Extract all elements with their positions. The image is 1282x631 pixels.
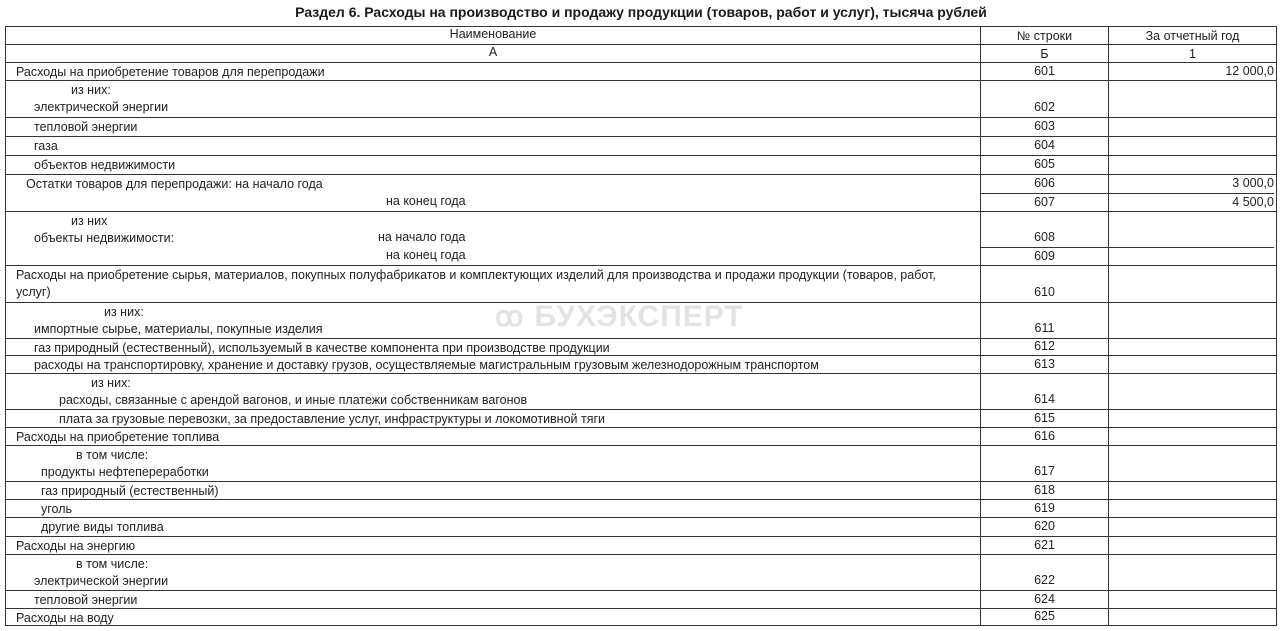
table-row: из них:электрической энергии602 (5, 80, 1277, 117)
line-code: 612 (981, 338, 1108, 355)
value-cell[interactable] (1109, 428, 1274, 445)
line-code: 607 (981, 193, 1108, 211)
row-value[interactable] (1108, 339, 1276, 355)
table-row: объектов недвижимости605 (5, 155, 1277, 174)
row-name: расходы на транспортировку, хранение и д… (6, 356, 980, 373)
line-code: 601 (981, 63, 1108, 80)
line-code: 606 (981, 175, 1108, 193)
row-value[interactable]: 12 000,0 (1108, 63, 1276, 80)
row-value[interactable] (1108, 500, 1276, 517)
section-title: Раздел 6. Расходы на производство и прод… (0, 4, 1282, 20)
value-cell[interactable]: 3 000,0 (1109, 175, 1274, 193)
row-name: в том числе:продукты нефтепереработки (6, 446, 980, 481)
value-cell[interactable] (1109, 356, 1274, 373)
value-cell[interactable] (1109, 518, 1274, 536)
table-row: из нихобъекты недвижимости:на начало год… (5, 211, 1277, 265)
row-value[interactable] (1108, 81, 1276, 117)
value-cell[interactable] (1109, 609, 1274, 625)
table-row: Расходы на воду625 (5, 608, 1277, 626)
line-code: 624 (981, 591, 1108, 608)
table-row: Расходы на приобретение товаров для пере… (5, 62, 1277, 80)
row-name: газ природный (естественный), используем… (6, 339, 980, 355)
row-code: 602 (980, 81, 1108, 117)
row-label: тепловой энергии (16, 119, 980, 136)
row-code: 613 (980, 356, 1108, 373)
row-label: Расходы на приобретение сырья, материало… (16, 267, 980, 301)
header-code: № строки (980, 27, 1108, 44)
line-code: 608 (981, 229, 1108, 247)
row-value[interactable] (1108, 537, 1276, 554)
header-name: Наименование (6, 27, 980, 44)
line-code: 622 (981, 572, 1108, 590)
row-code: 604 (980, 137, 1108, 155)
line-code: 621 (981, 537, 1108, 554)
row-label: объекты недвижимости: (16, 230, 980, 247)
table-row: тепловой энергии603 (5, 117, 1277, 136)
row-value[interactable] (1108, 266, 1276, 302)
table-row: газ природный (естественный)618 (5, 481, 1277, 499)
value-cell[interactable] (1109, 410, 1274, 427)
row-code: 620 (980, 518, 1108, 536)
row-value[interactable] (1108, 212, 1276, 265)
table-row: Остатки товаров для перепродажи: на нача… (5, 174, 1277, 211)
row-label: тепловой энергии (16, 592, 980, 609)
row-label: уголь (16, 501, 980, 518)
row-name: другие виды топлива (6, 518, 980, 536)
row-code: 616 (980, 428, 1108, 445)
value-cell[interactable] (1109, 537, 1274, 554)
value-cell[interactable] (1109, 320, 1274, 338)
line-code: 619 (981, 500, 1108, 517)
row-name: Расходы на приобретение товаров для пере… (6, 63, 980, 80)
value-cell[interactable] (1109, 156, 1274, 174)
line-code: 617 (981, 463, 1108, 481)
row-code: 605 (980, 156, 1108, 174)
line-code: 602 (981, 99, 1108, 117)
row-value[interactable] (1108, 609, 1276, 625)
value-cell[interactable] (1109, 391, 1274, 409)
row-value[interactable] (1108, 374, 1276, 409)
line-code: 615 (981, 410, 1108, 427)
line-code: 603 (981, 118, 1108, 136)
row-name: уголь (6, 500, 980, 517)
row-label: в том числе: (16, 447, 980, 464)
row-name: плата за грузовые перевозки, за предоста… (6, 410, 980, 427)
row-code: 603 (980, 118, 1108, 136)
row-label: другие виды топлива (16, 519, 980, 536)
value-cell[interactable] (1109, 284, 1274, 302)
row-value[interactable] (1108, 410, 1276, 427)
row-name: Расходы на воду (6, 609, 980, 625)
line-code: 625 (981, 608, 1108, 625)
row-code: 619 (980, 500, 1108, 517)
row-value[interactable] (1108, 591, 1276, 608)
row-code: 622 (980, 555, 1108, 590)
row-label: газа (16, 138, 980, 155)
row-value[interactable] (1108, 156, 1276, 174)
row-value[interactable] (1108, 428, 1276, 445)
row-label: расходы на транспортировку, хранение и д… (16, 357, 980, 374)
value-cell[interactable]: 12 000,0 (1109, 63, 1274, 80)
line-code: 616 (981, 428, 1108, 445)
row-label: расходы, связанные с арендой вагонов, и … (16, 392, 980, 409)
row-label: из них: (16, 375, 980, 392)
value-cell[interactable] (1109, 229, 1274, 247)
table-row: газа604 (5, 136, 1277, 155)
table-row: Расходы на приобретение топлива616 (5, 427, 1277, 445)
row-value[interactable] (1108, 303, 1276, 338)
row-value[interactable] (1108, 137, 1276, 155)
row-value[interactable] (1108, 446, 1276, 481)
row-label: плата за грузовые перевозки, за предоста… (16, 411, 980, 428)
row-label: газ природный (естественный) (16, 483, 980, 500)
value-cell[interactable] (1109, 500, 1274, 517)
row-code: 610 (980, 266, 1108, 302)
table-row: в том числе:электрической энергии622 (5, 554, 1277, 590)
table-row: Расходы на приобретение сырья, материало… (5, 265, 1277, 302)
line-code: 609 (981, 247, 1108, 265)
row-value[interactable] (1108, 482, 1276, 499)
row-label: из них: (16, 82, 980, 99)
row-label: Расходы на воду (16, 610, 980, 627)
line-code: 614 (981, 391, 1108, 409)
table-row: уголь619 (5, 499, 1277, 517)
row-code: 618 (980, 482, 1108, 499)
subheader-code: Б (980, 45, 1108, 62)
table-header-row: Наименование № строки За отчетный год (5, 26, 1277, 44)
row-label: Расходы на приобретение топлива (16, 429, 980, 446)
row-label: из них (16, 213, 980, 230)
row-label: из них: (16, 304, 980, 321)
table-row: газ природный (естественный), используем… (5, 338, 1277, 355)
line-code: 604 (981, 137, 1108, 155)
table-row: из них:импортные сырье, материалы, покуп… (5, 302, 1277, 338)
header-value: За отчетный год (1108, 27, 1276, 44)
row-code: 615 (980, 410, 1108, 427)
row-label: в том числе: (16, 556, 980, 573)
row-code: 624 (980, 591, 1108, 608)
row-label: на конец года (16, 247, 980, 264)
value-cell[interactable] (1109, 118, 1274, 136)
table-subheader-row: А Б 1 (5, 44, 1277, 62)
row-label: электрической энергии (16, 99, 980, 116)
table-row: Расходы на энергию621 (5, 536, 1277, 554)
row-code: 608609 (980, 212, 1108, 265)
table-row: плата за грузовые перевозки, за предоста… (5, 409, 1277, 427)
row-value[interactable] (1108, 555, 1276, 590)
row-label: продукты нефтепереработки (16, 464, 980, 481)
row-value[interactable] (1108, 518, 1276, 536)
row-label: электрической энергии (16, 573, 980, 590)
value-cell[interactable] (1109, 247, 1274, 265)
row-name: Расходы на приобретение топлива (6, 428, 980, 445)
row-code: 614 (980, 374, 1108, 409)
row-label: импортные сырье, материалы, покупные изд… (16, 321, 980, 338)
row-name: Остатки товаров для перепродажи: на нача… (6, 175, 980, 211)
row-name: газа (6, 137, 980, 155)
table-row: расходы на транспортировку, хранение и д… (5, 355, 1277, 373)
row-label: объектов недвижимости (16, 157, 980, 174)
row-sublabel: на начало года (378, 230, 465, 244)
row-name: из них:расходы, связанные с арендой ваго… (6, 374, 980, 409)
value-cell[interactable] (1109, 482, 1274, 499)
row-name: из нихобъекты недвижимости:на начало год… (6, 212, 980, 265)
table-row: другие виды топлива620 (5, 517, 1277, 536)
line-code: 613 (981, 356, 1108, 373)
row-code: 611 (980, 303, 1108, 338)
row-value[interactable] (1108, 118, 1276, 136)
row-label: на конец года (16, 193, 980, 210)
line-code: 605 (981, 156, 1108, 174)
value-cell[interactable] (1109, 591, 1274, 608)
row-label: Расходы на энергию (16, 538, 980, 555)
line-code: 611 (981, 320, 1108, 338)
row-name: газ природный (естественный) (6, 482, 980, 499)
value-cell[interactable]: 4 500,0 (1109, 193, 1274, 211)
row-code: 601 (980, 63, 1108, 80)
row-value[interactable] (1108, 356, 1276, 373)
table-row: из них:расходы, связанные с арендой ваго… (5, 373, 1277, 409)
value-cell[interactable] (1109, 572, 1274, 590)
row-label: Расходы на приобретение товаров для пере… (16, 64, 980, 81)
row-code: 612 (980, 339, 1108, 355)
row-value[interactable]: 3 000,04 500,0 (1108, 175, 1276, 211)
row-name: из них:электрической энергии (6, 81, 980, 117)
row-label: Остатки товаров для перепродажи: на нача… (16, 176, 980, 193)
value-cell[interactable] (1109, 99, 1274, 117)
row-name: в том числе:электрической энергии (6, 555, 980, 590)
table-row: тепловой энергии624 (5, 590, 1277, 608)
row-code: 625 (980, 609, 1108, 625)
table-row: в том числе:продукты нефтепереработки617 (5, 445, 1277, 481)
value-cell[interactable] (1109, 137, 1274, 155)
value-cell[interactable] (1109, 339, 1274, 355)
row-name: тепловой энергии (6, 591, 980, 608)
value-cell[interactable] (1109, 463, 1274, 481)
line-code: 618 (981, 482, 1108, 499)
table-body: Расходы на приобретение товаров для пере… (5, 62, 1277, 626)
row-name: Расходы на приобретение сырья, материало… (6, 266, 980, 302)
row-code: 617 (980, 446, 1108, 481)
row-code: 621 (980, 537, 1108, 554)
row-name: из них:импортные сырье, материалы, покуп… (6, 303, 980, 338)
row-name: объектов недвижимости (6, 156, 980, 174)
row-name: тепловой энергии (6, 118, 980, 136)
line-code: 620 (981, 518, 1108, 536)
line-code: 610 (981, 284, 1108, 302)
subheader-name: А (6, 45, 980, 62)
row-code: 606607 (980, 175, 1108, 211)
subheader-value: 1 (1108, 45, 1276, 62)
expenses-table: Наименование № строки За отчетный год А … (5, 26, 1277, 626)
row-name: Расходы на энергию (6, 537, 980, 554)
